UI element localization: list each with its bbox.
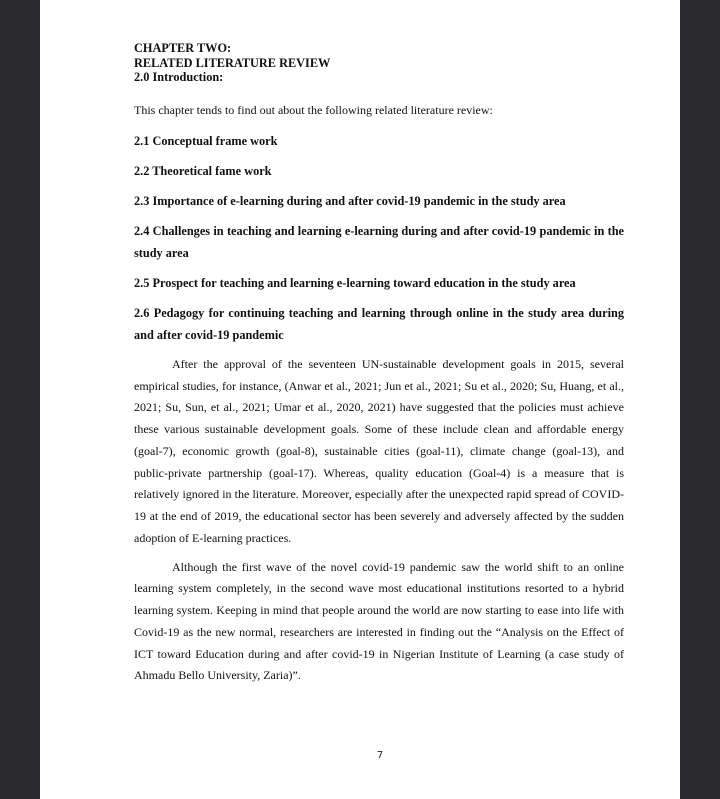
intro-heading: 2.0 Introduction:: [134, 70, 624, 85]
chapter-title: CHAPTER TWO:: [134, 41, 624, 56]
section-title: RELATED LITERATURE REVIEW: [134, 56, 624, 71]
page-number: 7: [375, 750, 385, 761]
section-item-2-2: 2.2 Theoretical fame work: [134, 160, 624, 182]
section-item-2-1: 2.1 Conceptual frame work: [134, 130, 624, 152]
section-item-2-6: 2.6 Pedagogy for continuing teaching and…: [134, 302, 624, 346]
section-item-2-3: 2.3 Importance of e-learning during and …: [134, 190, 624, 212]
document-page: CHAPTER TWO: RELATED LITERATURE REVIEW 2…: [40, 0, 680, 799]
body-paragraph: Although the first wave of the novel cov…: [134, 557, 624, 688]
page-content: CHAPTER TWO: RELATED LITERATURE REVIEW 2…: [134, 41, 624, 694]
chapter-heading: CHAPTER TWO: RELATED LITERATURE REVIEW 2…: [134, 41, 624, 85]
document-viewer: CHAPTER TWO: RELATED LITERATURE REVIEW 2…: [0, 0, 720, 799]
body-paragraph: After the approval of the seventeen UN-s…: [134, 354, 624, 550]
intro-text: This chapter tends to find out about the…: [134, 101, 624, 119]
section-item-2-4: 2.4 Challenges in teaching and learning …: [134, 220, 624, 264]
section-list: 2.1 Conceptual frame work 2.2 Theoretica…: [134, 130, 624, 346]
section-item-2-5: 2.5 Prospect for teaching and learning e…: [134, 272, 624, 294]
